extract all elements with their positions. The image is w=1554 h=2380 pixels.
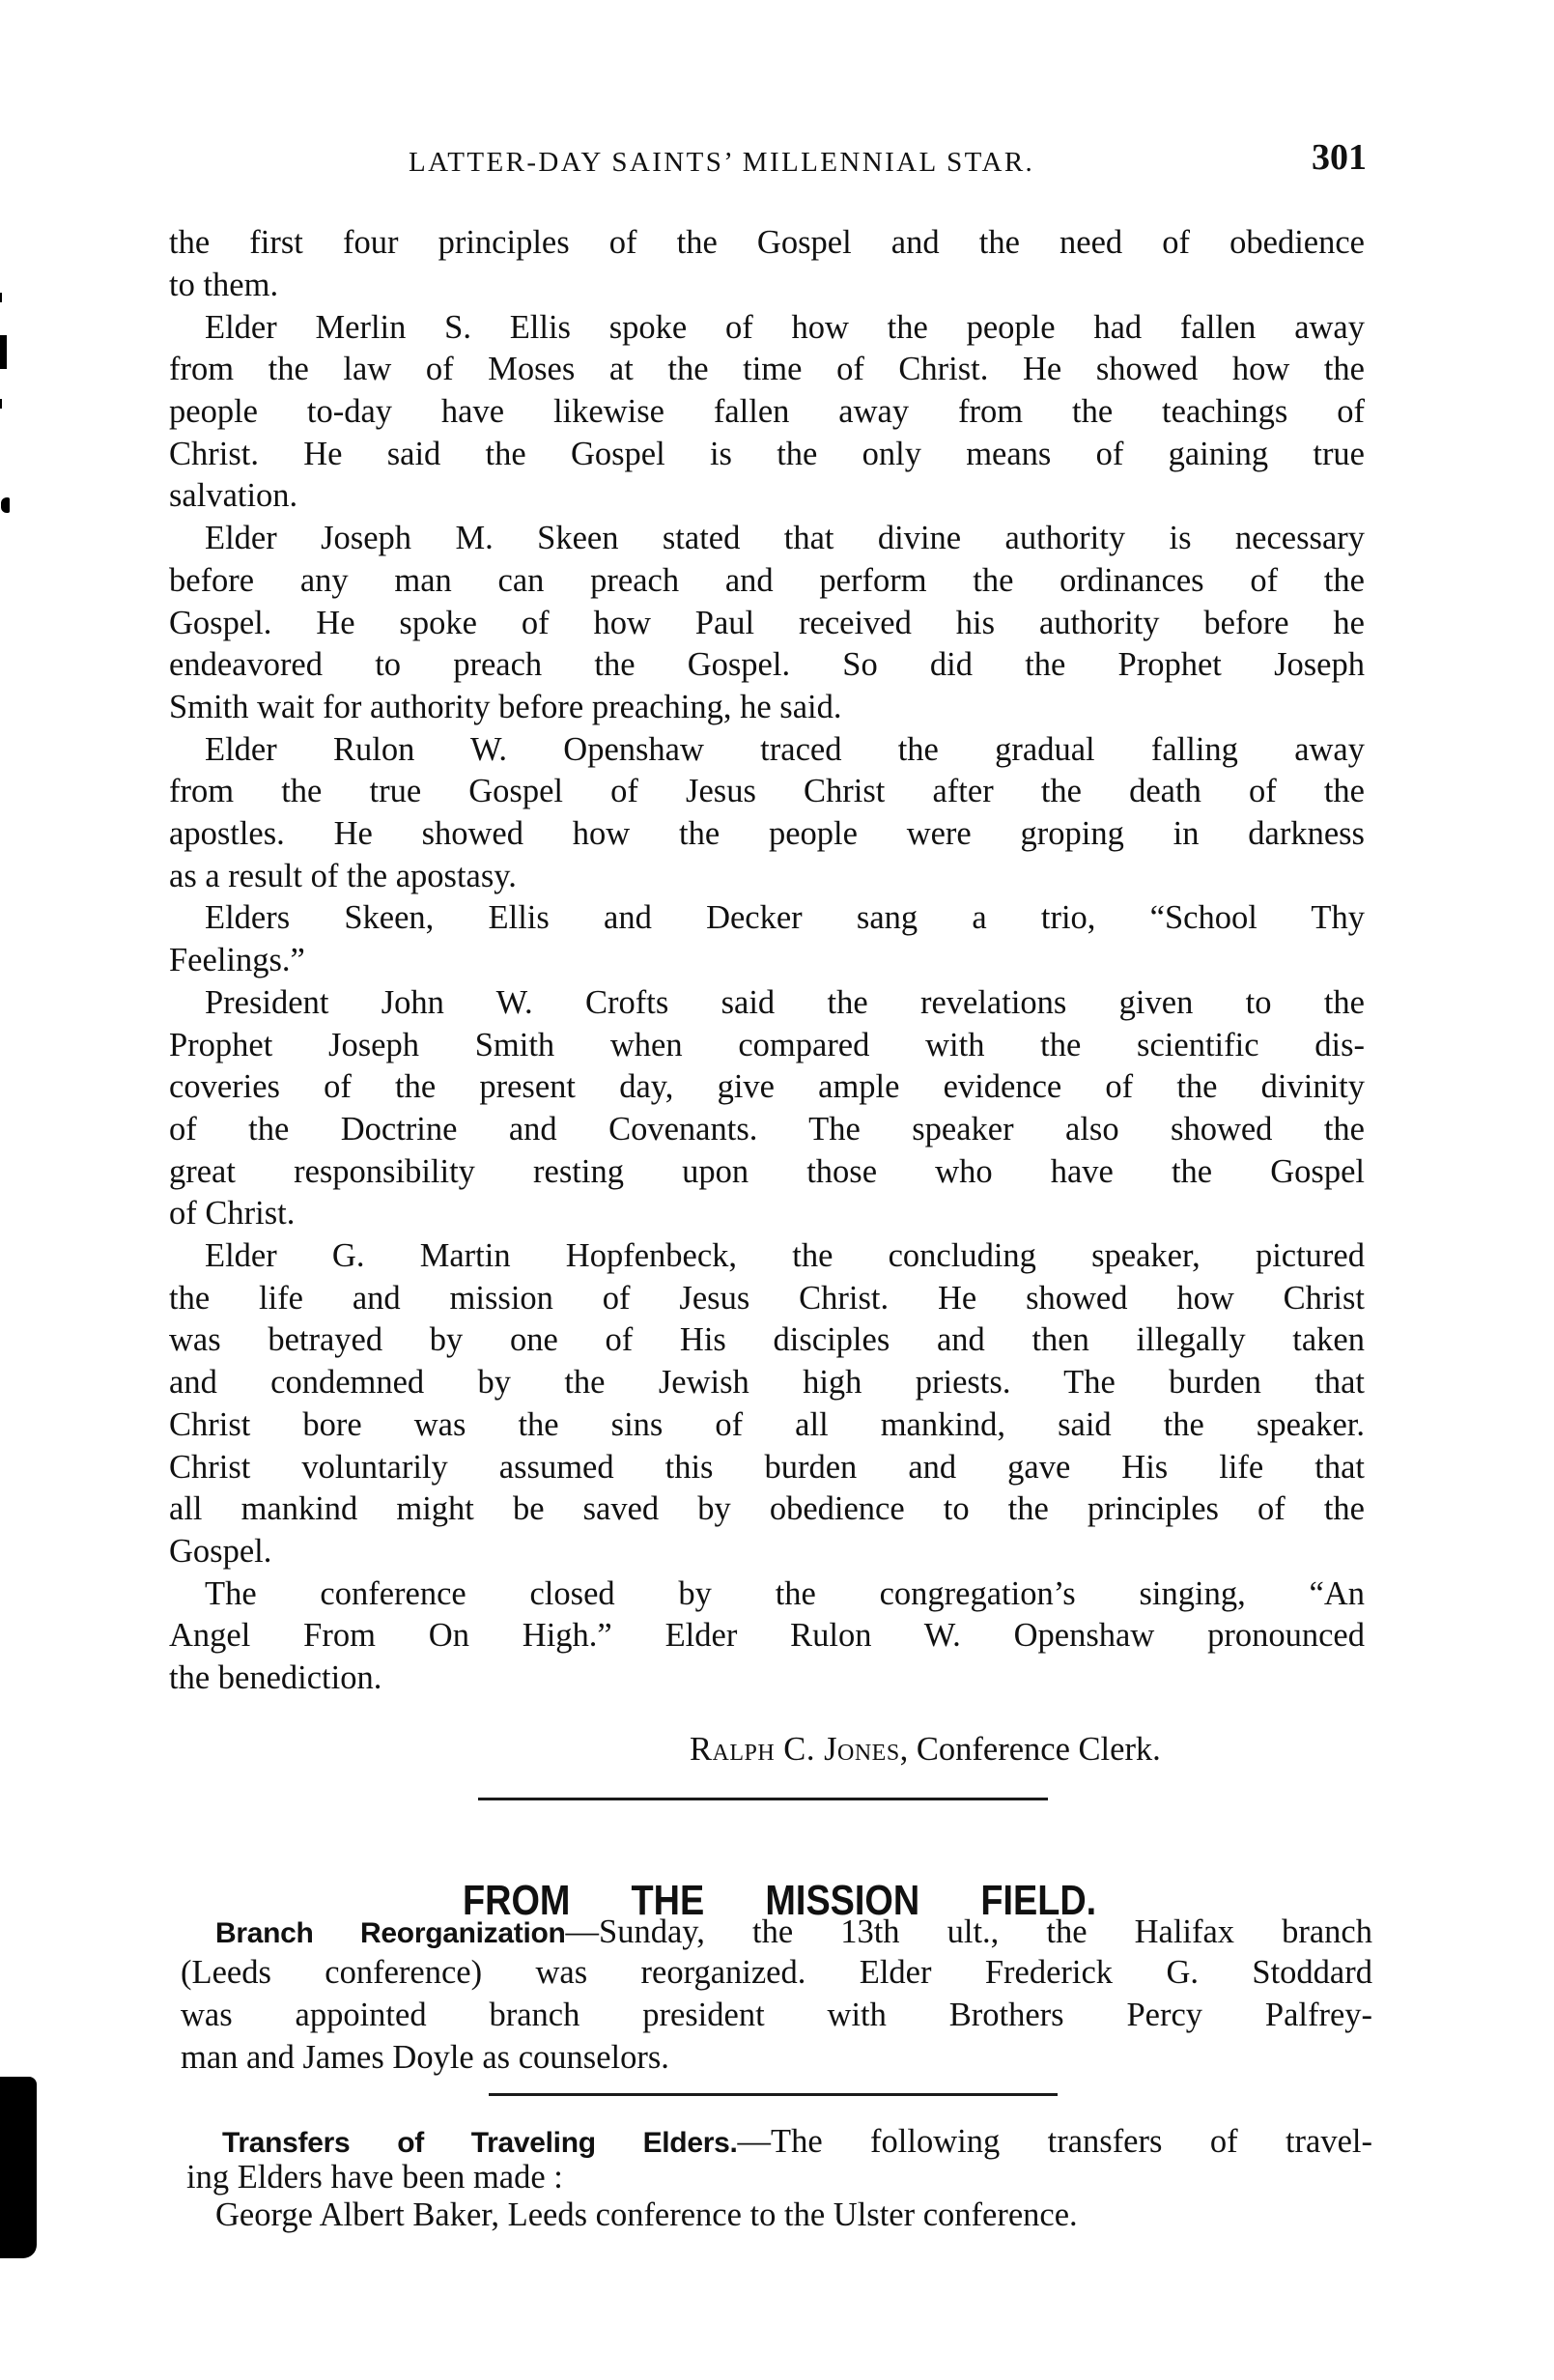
- paragraph-start: Elder Merlin S. Ellis spoke of how the p…: [205, 306, 1365, 349]
- text-span: —The following transfers of travel-: [738, 2123, 1372, 2160]
- text-line: salvation.: [169, 474, 1365, 517]
- paragraph-start: Elders Skeen, Ellis and Decker sang a tr…: [205, 896, 1365, 939]
- paragraph-start: President John W. Crofts said the revela…: [205, 981, 1365, 1024]
- text-line: people to-day have likewise fallen away …: [169, 390, 1365, 433]
- signature-name: Ralph C. Jones: [690, 1731, 900, 1768]
- text-line: ing Elders have been made :: [186, 2156, 1378, 2198]
- text-line: apostles. He showed how the people were …: [169, 812, 1365, 855]
- scan-artifact-bar: [0, 2077, 37, 2258]
- text-line: from the true Gospel of Jesus Christ aft…: [169, 770, 1365, 812]
- text-line: before any man can preach and perform th…: [169, 559, 1365, 602]
- text-line: of Christ.: [169, 1192, 1365, 1234]
- text-line: was betrayed by one of His disciples and…: [169, 1318, 1365, 1361]
- text-line: Angel From On High.” Elder Rulon W. Open…: [169, 1614, 1365, 1657]
- text-line: the benediction.: [169, 1657, 1365, 1699]
- text-line: of the Doctrine and Covenants. The speak…: [169, 1108, 1365, 1150]
- document-page: LATTER-DAY SAINTS’ MILLENNIAL STAR. 301 …: [0, 0, 1554, 2380]
- text-line: all mankind might be saved by obedience …: [169, 1487, 1365, 1530]
- text-line: great responsibility resting upon those …: [169, 1150, 1365, 1193]
- text-line: Christ voluntarily assumed this burden a…: [169, 1446, 1365, 1488]
- text-span: —Sunday, the 13th ult., the Halifax bran…: [566, 1913, 1372, 1950]
- text-line: Smith wait for authority before preachin…: [169, 686, 1365, 728]
- scan-artifact-mark: [1, 497, 10, 513]
- text-line: (Leeds conference) was reorganized. Elde…: [181, 1951, 1372, 1994]
- text-line: Christ. He said the Gospel is the only m…: [169, 433, 1365, 475]
- text-line: Christ bore was the sins of all mankind,…: [169, 1403, 1365, 1446]
- item-divider: [489, 2093, 1058, 2096]
- paragraph-start: Elder Joseph M. Skeen stated that divine…: [205, 517, 1365, 559]
- scan-artifact-mark: [0, 293, 2, 302]
- text-line: from the law of Moses at the time of Chr…: [169, 348, 1365, 390]
- paragraph-start: Elder G. Martin Hopfenbeck, the concludi…: [205, 1234, 1365, 1277]
- section-divider: [478, 1798, 1048, 1800]
- paragraph-start: The conference closed by the congregatio…: [205, 1572, 1365, 1615]
- text-line: was appointed branch president with Brot…: [181, 1994, 1372, 2036]
- text-line: endeavored to preach the Gospel. So did …: [169, 643, 1365, 686]
- runin-heading: Transfers of Traveling Elders.: [222, 2127, 738, 2159]
- paragraph-start: Elder Rulon W. Openshaw traced the gradu…: [205, 728, 1365, 771]
- signature: Ralph C. Jones, Conference Clerk.: [690, 1728, 1346, 1771]
- text-line: the first four principles of the Gospel …: [169, 221, 1365, 264]
- text-line: Gospel. He spoke of how Paul received hi…: [169, 602, 1365, 644]
- text-line: Gospel.: [169, 1530, 1365, 1572]
- text-line: George Albert Baker, Leeds conference to…: [215, 2194, 1372, 2236]
- page-number: 301: [1309, 137, 1367, 178]
- scan-artifact-mark: [0, 399, 2, 409]
- scan-artifact-mark: [0, 335, 7, 369]
- text-line: Prophet Joseph Smith when compared with …: [169, 1024, 1365, 1066]
- text-line: man and James Doyle as counselors.: [181, 2036, 1372, 2079]
- running-header-title: LATTER-DAY SAINTS’ MILLENNIAL STAR.: [409, 145, 1119, 180]
- text-line: coveries of the present day, give ample …: [169, 1065, 1365, 1108]
- text-line: and condemned by the Jewish high priests…: [169, 1361, 1365, 1403]
- paragraph-start: Branch Reorganization—Sunday, the 13th u…: [215, 1911, 1372, 1953]
- text-line: as a result of the apostasy.: [169, 855, 1365, 897]
- text-line: to them.: [169, 264, 1365, 306]
- text-line: Feelings.”: [169, 939, 1365, 981]
- runin-heading: Branch Reorganization: [215, 1917, 566, 1949]
- signature-title: , Conference Clerk.: [900, 1731, 1161, 1768]
- text-line: the life and mission of Jesus Christ. He…: [169, 1277, 1365, 1319]
